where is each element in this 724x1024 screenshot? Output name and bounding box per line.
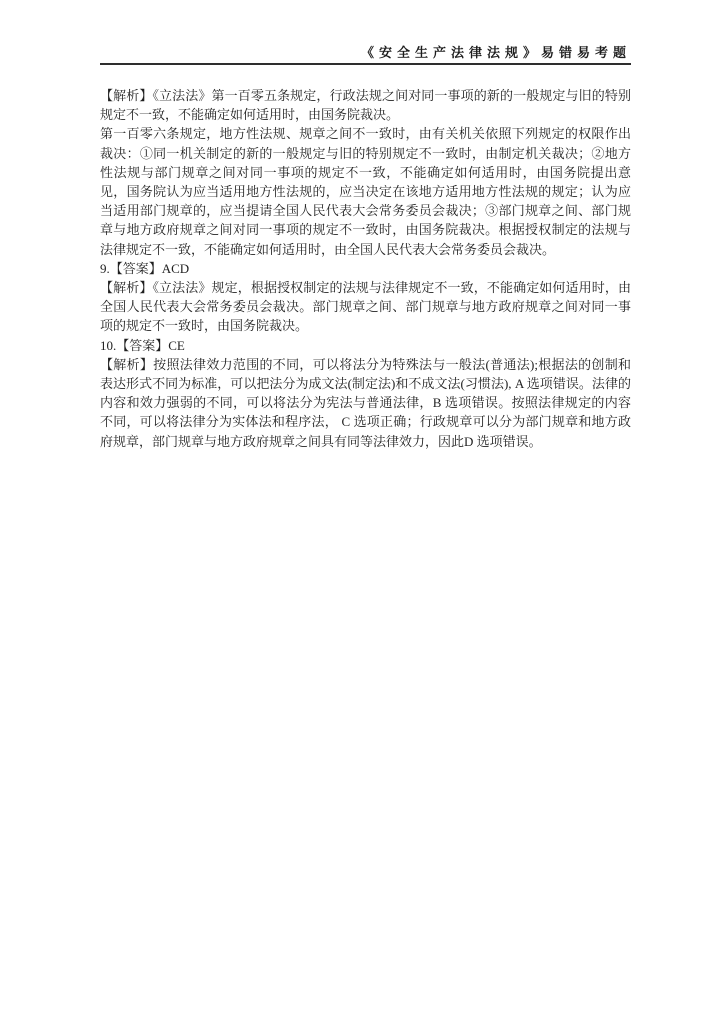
analysis-paragraph-item-8: 【解析】《立法法》第一百零五条规定，行政法规之间对同一事项的新的一般规定与旧的特… xyxy=(100,86,631,124)
analysis-paragraph-item-9: 【解析】《立法法》规定，根据授权制定的法规与法律规定不一致，不能确定如何适用时，… xyxy=(100,278,631,336)
document-header-title: 《安全生产法律法规》易错易考题 xyxy=(361,45,631,60)
analysis-paragraph-item-10: 【解析】按照法律效力范围的不同，可以将法分为特殊法与一般法(普通法);根据法的创… xyxy=(100,355,631,451)
document-body: 【解析】《立法法》第一百零五条规定，行政法规之间对同一事项的新的一般规定与旧的特… xyxy=(100,86,631,451)
answer-line-9: 9.【答案】ACD xyxy=(100,259,631,278)
document-page: 《安全生产法律法规》易错易考题 【解析】《立法法》第一百零五条规定，行政法规之间… xyxy=(0,0,724,1024)
document-sheet: 《安全生产法律法规》易错易考题 【解析】《立法法》第一百零五条规定，行政法规之间… xyxy=(100,0,631,451)
law-article-106-paragraph: 第一百零六条规定，地方性法规、规章之间不一致时，由有关机关依照下列规定的权限作出… xyxy=(100,124,631,258)
document-header-rule: 《安全生产法律法规》易错易考题 xyxy=(100,45,631,65)
answer-line-10: 10.【答案】CE xyxy=(100,336,631,355)
